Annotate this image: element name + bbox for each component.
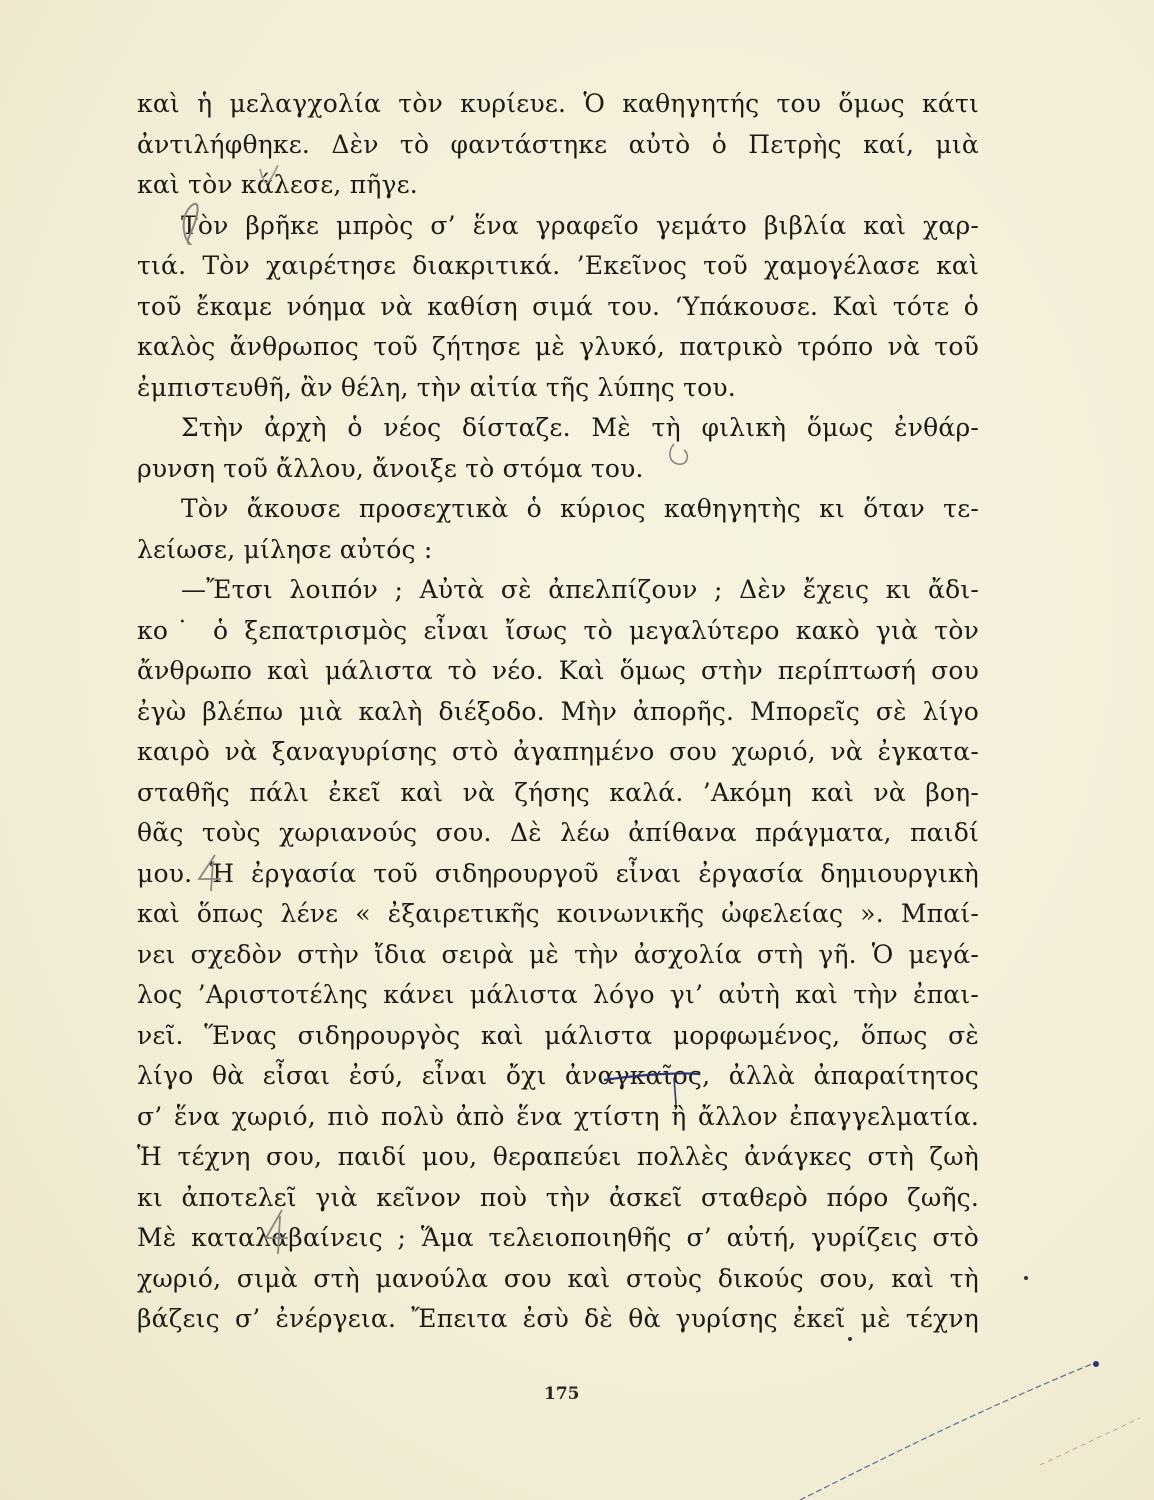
page-number: 175 xyxy=(544,1384,580,1404)
paragraph-start-line: Στὴν ἀρχὴ ὁ νέος δίσταζε. Μὲ τὴ φιλικὴ ὅ… xyxy=(137,408,979,449)
text-line: ἐμπιστευθῆ, ἂν θέλη, τὴν αἰτία τῆς λύπης… xyxy=(137,368,979,409)
text-line: μου. Ἡ ἐργασία τοῦ σιδηρουργοῦ εἶναι ἐργ… xyxy=(137,854,979,895)
book-page: καὶ ἡ μελαγχολία τὸν κυρίευε. Ὁ καθηγητή… xyxy=(0,0,1154,1500)
text-line: καὶ ὅπως λένε « ἐξαιρετικῆς κοινωνικῆς ὠ… xyxy=(137,894,979,935)
text-line: βάζεις σ’ ἐνέργεια. Ἔπειτα ἐσὺ δὲ θὰ γυρ… xyxy=(137,1299,979,1340)
text-line: χωριό, σιμὰ στὴ μανούλα σου καὶ στοὺς δι… xyxy=(137,1259,979,1300)
text-line: σταθῆς πάλι ἐκεῖ καὶ νὰ ζήσης καλά. ’Ακό… xyxy=(137,773,979,814)
text-line: τοῦ ἔκαμε νόημα νὰ καθίση σιμά του. ‘Υπά… xyxy=(137,287,979,328)
text-line: καὶ ἡ μελαγχολία τὸν κυρίευε. Ὁ καθηγητή… xyxy=(137,84,979,125)
pen-margin-line xyxy=(1030,1410,1150,1470)
text-line: ρυνση τοῦ ἄλλου, ἄνοιξε τὸ στόμα του. xyxy=(137,449,979,490)
text-line: κο˙ ὁ ξεπατρισμὸς εἶναι ἴσως τὸ μεγαλύτε… xyxy=(137,611,979,652)
paragraph-start-line: —Ἔτσι λοιπόν ; Αὐτὰ σὲ ἀπελπίζουν ; Δὲν … xyxy=(137,570,979,611)
pen-margin-line xyxy=(780,1340,1110,1500)
body-text: καὶ ἡ μελαγχολία τὸν κυρίευε. Ὁ καθηγητή… xyxy=(137,84,979,1340)
text-line: λίγο θὰ εἶσαι ἐσύ, εἶναι ὄχι ἀναγκαῖος, … xyxy=(137,1056,979,1097)
text-line: λος ’Αριστοτέλης κάνει μάλιστα λόγο γι’ … xyxy=(137,975,979,1016)
text-line: θᾶς τοὺς χωριανούς σου. Δὲ λέω ἀπίθανα π… xyxy=(137,813,979,854)
text-line: Μὲ καταλαβαίνεις ; Ἅμα τελειοποιηθῆς σ’ … xyxy=(137,1218,979,1259)
text-line: καλὸς ἄνθρωπος τοῦ ζήτησε μὲ γλυκό, πατρ… xyxy=(137,327,979,368)
text-line: καὶ τὸν κάλεσε, πῆγε. xyxy=(137,165,979,206)
text-line: ἄνθρωπο καὶ μάλιστα τὸ νέο. Καὶ ὅμως στὴ… xyxy=(137,651,979,692)
text-line: ἀντιλήφθηκε. Δὲν τὸ φαντάστηκε αὐτὸ ὁ Πε… xyxy=(137,125,979,166)
paragraph-start-line: Τὸν βρῆκε μπρὸς σ’ ἕνα γραφεῖο γεμάτο βι… xyxy=(137,206,979,247)
text-line: νει σχεδὸν στὴν ἴδια σειρὰ μὲ τὴν ἀσχολί… xyxy=(137,935,979,976)
paragraph-start-line: Τὸν ἄκουσε προσεχτικὰ ὁ κύριος καθηγητὴς… xyxy=(137,489,979,530)
text-line: λείωσε, μίλησε αὐτός : xyxy=(137,530,979,571)
text-line: νεῖ. Ἕνας σιδηρουργὸς καὶ μάλιστα μορφωμ… xyxy=(137,1016,979,1057)
text-line: κι ἀποτελεῖ γιὰ κεῖνον ποὺ τὴν ἀσκεῖ στα… xyxy=(137,1178,979,1219)
ink-dot xyxy=(1024,1276,1028,1280)
text-line: τιά. Τὸν χαιρέτησε διακριτικά. ’Εκεῖνος … xyxy=(137,246,979,287)
text-line: σ’ ἕνα χωριό, πιὸ πολὺ ἀπὸ ἕνα χτίστη ἢ … xyxy=(137,1097,979,1138)
text-line: Ἡ τέχνη σου, παιδί μου, θεραπεύει πολλὲς… xyxy=(137,1137,979,1178)
text-line: ἐγὼ βλέπω μιὰ καλὴ διέξοδο. Μὴν ἀπορῆς. … xyxy=(137,692,979,733)
text-line: καιρὸ νὰ ξαναγυρίσης στὸ ἀγαπημένο σου χ… xyxy=(137,732,979,773)
